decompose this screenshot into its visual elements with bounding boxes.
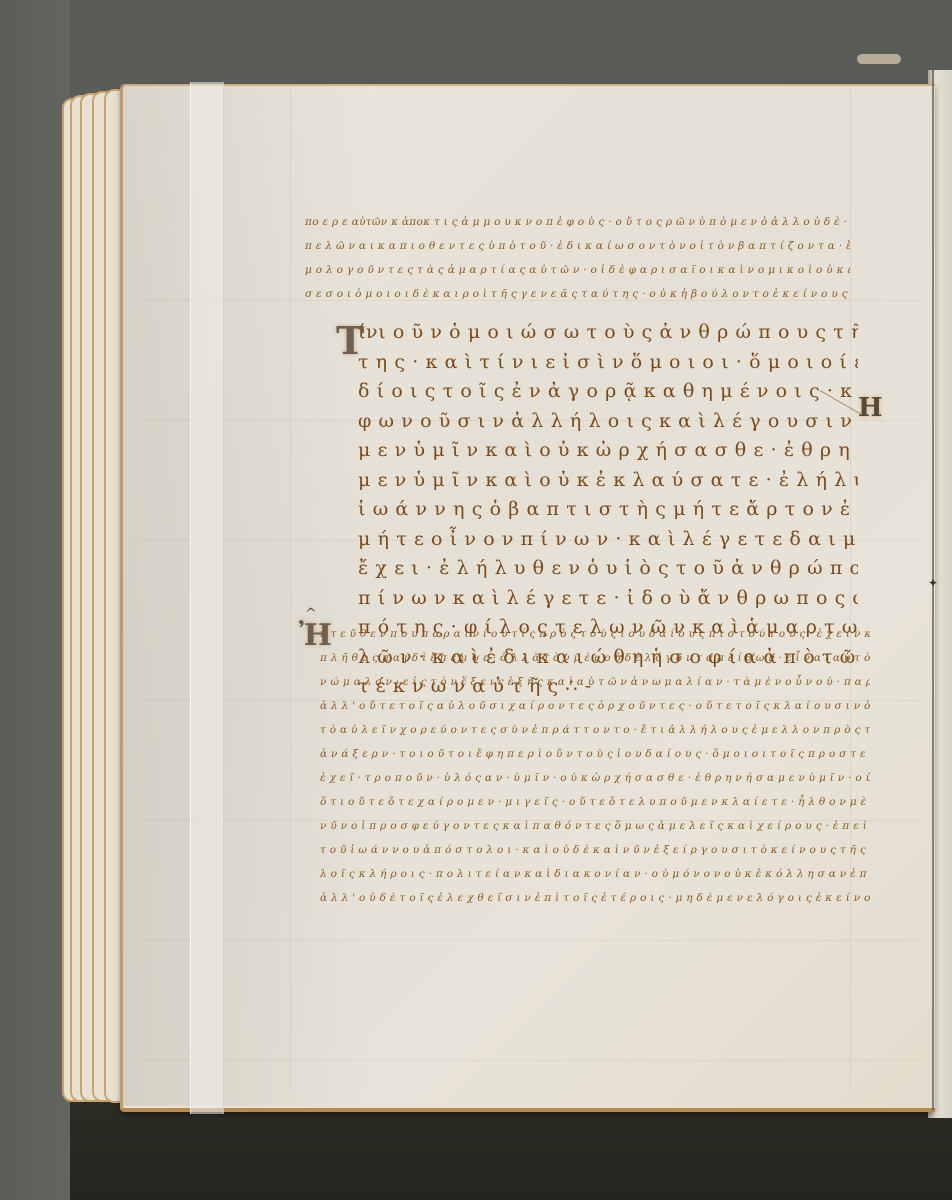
- binding-thread: [857, 54, 901, 64]
- text-line: ἀ ν ά ξ ε ρ ν · τ ο ι ο ῦ τ ο ι ἔ φ η π …: [320, 742, 870, 766]
- text-line: π ί ν ω ν κ α ὶ λ έ γ ε τ ε · ἰ δ ο ὺ ἄ …: [358, 584, 858, 614]
- tape-strip: [190, 82, 224, 1114]
- ruling-line: [140, 1060, 920, 1061]
- text-line: ν ώ μ α λ ο ν · ε ἰ ς τ ὸ ν ἕ ξ ε ι ς ἑ …: [320, 670, 870, 694]
- text-line: μ ε ν ὑ μ ῖ ν κ α ὶ ο ὐ κ ὠ ρ χ ή σ α σ …: [358, 436, 858, 466]
- text-line: πο ε ρ ε αὐτῶν κ ἀποκ τ ι ς ἀ μ μ ο υ κ …: [305, 210, 850, 234]
- text-line: ἐ χ ε ῖ · τ ρ ο π ο ῦ ν · ὑ λ ό ς α ν · …: [320, 766, 870, 790]
- gutter-fold: [932, 70, 934, 1110]
- text-line: ὅ τ ι ο ὔ τ ε ὅ τ ε χ α ί ρ ο μ ε ν · μ …: [320, 790, 870, 814]
- text-line: ἔ χ ε ι · ἐ λ ή λ υ θ ε ν ὁ υ ἱ ὸ ς τ ο …: [358, 554, 858, 584]
- text-line: μ ο λ ο γ ο ῦ ν τ ε ς τ ὰ ς ἁ μ α ρ τ ί …: [305, 258, 850, 282]
- marginal-letter: Η: [858, 393, 883, 423]
- text-line: ἰ ω ά ν ν η ς ὁ β α π τ ι σ τ ὴ ς μ ή τ …: [358, 495, 858, 525]
- text-line: φ ω ν ο ῦ σ ι ν ἀ λ λ ή λ ο ι ς κ α ὶ λ …: [358, 407, 858, 437]
- text-line: ίνι ο ῦ ν ὁ μ ο ι ώ σ ω τ ο ὺ ς ἀ ν θ ρ …: [358, 318, 858, 348]
- text-line: π λ ῆ θ ο ς π α ι δ ὶ ἔ π ε μ ψ ε · ἀ λ …: [320, 646, 870, 670]
- open-codex: ✦ πο ε ρ ε αὐτῶν κ ἀποκ τ ι ς ἀ μ μ ο υ …: [0, 0, 952, 1200]
- text-line: μ ε ν ὑ μ ῖ ν κ α ὶ ο ὐ κ ἐ κ λ α ύ σ α …: [358, 466, 858, 496]
- text-line: ἀ λ λ ' ο ὐ δ ὲ τ ο ῖ ς ἐ λ ε χ θ ε ῖ σ …: [320, 886, 870, 910]
- text-line: ν τ ε ῦ θ ε ν π ο υ π α ρ α ι ν ί ο υ τ …: [320, 622, 870, 646]
- text-line: τ ὸ α ὐ λ ε ῖ ν χ ο ρ ε ύ ο ν τ ε ς σ ὺ …: [320, 718, 870, 742]
- scholia-top: πο ε ρ ε αὐτῶν κ ἀποκ τ ι ς ἀ μ μ ο υ κ …: [305, 210, 850, 306]
- text-line: π ε λ ῶ ν α ι κ α π ι ο θ ε ν τ ε ς ὑ π …: [305, 234, 850, 258]
- ruling-vertical: [290, 90, 291, 1090]
- ruling-line: [140, 940, 920, 941]
- text-line: δ ί ο ι ς τ ο ῖ ς ἐ ν ἀ γ ο ρ ᾷ κ α θ η …: [358, 377, 858, 407]
- text-line: τ η ς · κ α ὶ τ ί ν ι ε ἰ σ ὶ ν ὅ μ ο ι …: [358, 348, 858, 378]
- text-line: ἀ λ λ ' ο ὔ τ ε τ ο ῖ ς α ὐ λ ο ῦ σ ι χ …: [320, 694, 870, 718]
- scholia-bottom: ν τ ε ῦ θ ε ν π ο υ π α ρ α ι ν ί ο υ τ …: [320, 622, 870, 910]
- text-line: λ ο ῖ ς κ λ ή ρ ο ι ς · π ο λ ι τ ε ί α …: [320, 862, 870, 886]
- text-line: ν ῦ ν ο ἱ π ρ ο σ φ ε ύ γ ο ν τ ε ς κ α …: [320, 814, 870, 838]
- text-line: τ ο ῦ ἰ ω ά ν ν ο υ ἀ π ό σ τ ο λ ο ι · …: [320, 838, 870, 862]
- stitch-mark: ✦: [928, 578, 938, 588]
- text-line: μ ή τ ε ο ἶ ν ο ν π ί ν ω ν · κ α ὶ λ έ …: [358, 525, 858, 555]
- text-line: σ ε σ ο ι ὁ μ ο ι ο ι δ ὲ κ α ι ρ ο ὶ τ …: [305, 282, 850, 306]
